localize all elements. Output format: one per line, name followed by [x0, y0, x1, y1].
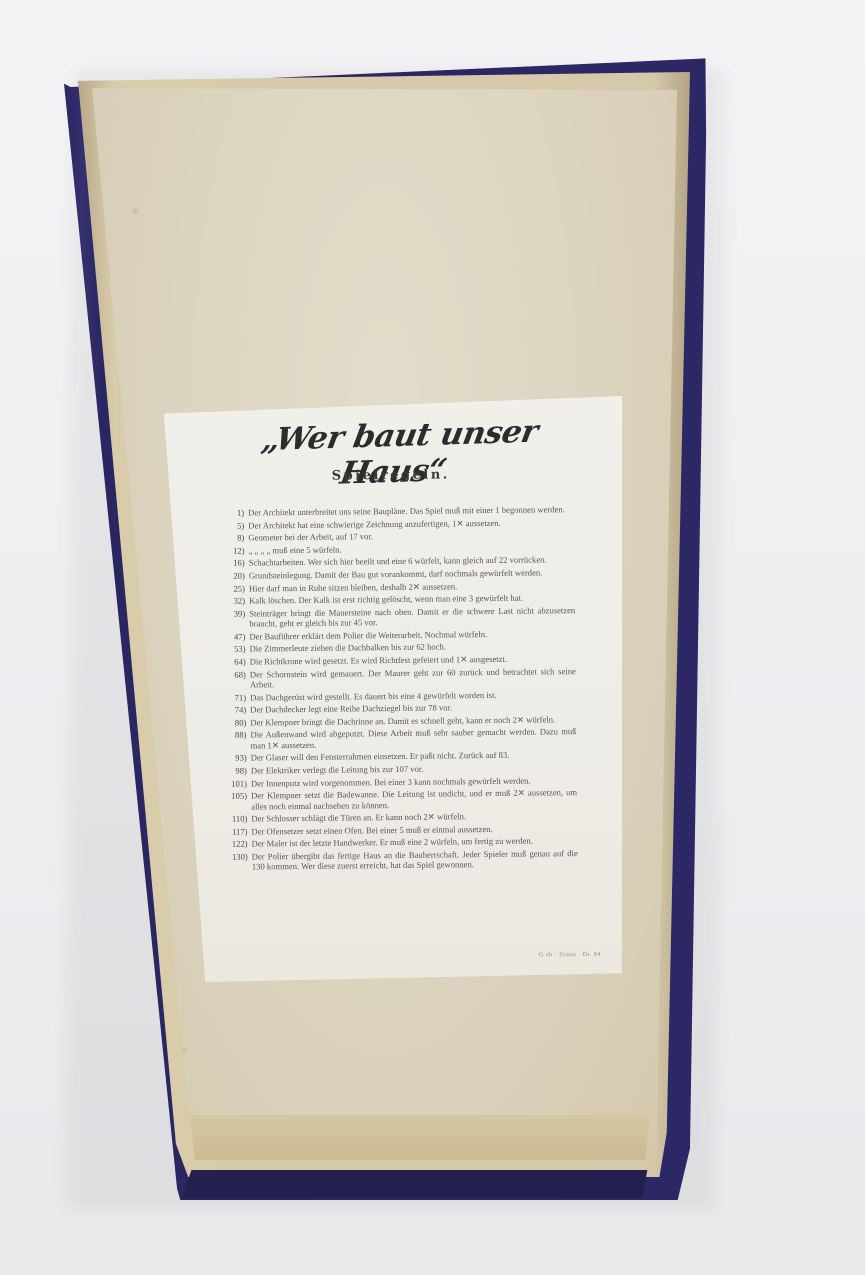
- rule-item: 20)Grundsteinlegung. Damit der Bau gut v…: [225, 567, 575, 581]
- rule-number: 20): [225, 570, 249, 581]
- rule-number: 88): [226, 730, 250, 751]
- rule-item: 80)Der Klempner bringt die Dachrinne an.…: [226, 714, 576, 728]
- rule-text: Der Klempner setzt die Badewanne. Die Le…: [251, 787, 577, 811]
- rule-number: 8): [224, 533, 248, 544]
- rule-number: 117): [227, 826, 251, 837]
- rule-item: 16)Schachtarbeiten. Wer sich hier beeilt…: [225, 554, 575, 568]
- rule-item: 101)Der Innenputz wird vorgenommen. Bei …: [227, 775, 577, 789]
- rule-item: 25)Hier darf man in Ruhe sitzen bleiben,…: [225, 580, 575, 594]
- rule-number: 110): [227, 814, 251, 825]
- rule-number: 98): [227, 765, 251, 776]
- rule-text: Der Architekt hat eine schwierige Zeichn…: [248, 517, 574, 531]
- rule-number: 16): [225, 558, 249, 569]
- rule-item: 88)Die Außenwand wird abgeputzt. Diese A…: [226, 726, 576, 750]
- rule-number: 12): [224, 545, 248, 556]
- rule-text: Geometer bei der Arbeit, auf 17 vor.: [248, 529, 574, 543]
- rule-item: 105)Der Klempner setzt die Badewanne. Di…: [227, 787, 577, 811]
- rule-text: Der Dachdecker legt eine Reihe Dachziege…: [250, 701, 576, 715]
- rule-number: 39): [225, 608, 249, 629]
- rule-number: 68): [226, 669, 250, 690]
- rule-text: Die Zimmerleute ziehen die Dachbalken bi…: [250, 640, 576, 654]
- rule-text: Der Bauführer erklärt dem Polier die Wei…: [249, 628, 575, 642]
- rule-number: 122): [228, 839, 252, 850]
- rule-number: 25): [225, 583, 249, 594]
- rule-text: Der Klempner bringt die Dachrinne an. Da…: [250, 714, 576, 728]
- rule-item: 93)Der Glaser will den Fensterrahmen ein…: [227, 749, 577, 763]
- rule-text: Hier darf man in Ruhe sitzen bleiben, de…: [249, 580, 575, 594]
- rule-text: Der Polier übergibt das fertige Haus an …: [252, 848, 578, 872]
- rule-text: Der Maler ist der letzte Handwerker. Er …: [252, 835, 578, 849]
- rule-item: 32)Kalk löschen. Der Kalk ist erst richt…: [225, 592, 575, 606]
- rule-item: 110)Der Schlosser schlägt die Türen an. …: [227, 810, 577, 824]
- rule-item: 5)Der Architekt hat eine schwierige Zeic…: [224, 517, 574, 531]
- box-inner-bottom-wall: [190, 1115, 650, 1160]
- rule-text: Grundsteinlegung. Damit der Bau gut vora…: [249, 567, 575, 581]
- rule-number: 130): [228, 851, 252, 872]
- rule-text: Kalk löschen. Der Kalk ist erst richtig …: [249, 592, 575, 606]
- rule-text: Die Richtkrone wird gesetzt. Es wird Ric…: [250, 653, 576, 667]
- rule-item: 117)Der Ofensetzer setzt einen Ofen. Bei…: [227, 823, 577, 837]
- rule-item: 53)Die Zimmerleute ziehen die Dachbalken…: [226, 640, 576, 654]
- rule-item: 1)Der Architekt unterbreitet uns seine B…: [224, 504, 574, 518]
- rule-item: 68)Der Schornstein wird gemauert. Der Ma…: [226, 666, 576, 690]
- rule-number: 93): [227, 753, 251, 764]
- rule-text: Das Dachgerüst wird gestellt. Es dauert …: [250, 689, 576, 703]
- rule-text: Die Außenwand wird abgeputzt. Diese Arbe…: [250, 726, 576, 750]
- rule-number: 53): [226, 644, 250, 655]
- rules-list: 1)Der Architekt unterbreitet uns seine B…: [224, 504, 578, 875]
- rule-number: 5): [224, 520, 248, 531]
- rule-text: Der Glaser will den Fensterrahmen einset…: [251, 749, 577, 763]
- rule-number: 71): [226, 692, 250, 703]
- rule-item: 122)Der Maler ist der letzte Handwerker.…: [228, 835, 578, 849]
- rule-number: 105): [227, 791, 251, 812]
- wear-spot: [132, 208, 138, 214]
- rule-number: 80): [226, 717, 250, 728]
- rule-number: 47): [225, 631, 249, 642]
- rule-item: 74)Der Dachdecker legt eine Reihe Dachzi…: [226, 701, 576, 715]
- rule-item: 8)Geometer bei der Arbeit, auf 17 vor.: [224, 529, 574, 543]
- rule-text: Der Ofensetzer setzt einen Ofen. Bei ein…: [251, 823, 577, 837]
- box-bottom-edge: [182, 1170, 652, 1198]
- rule-item: 12)„ „ „ „ muß eine 5 würfeln.: [224, 542, 574, 556]
- rule-item: 47)Der Bauführer erklärt dem Polier die …: [225, 628, 575, 642]
- rules-sheet: „Wer baut unser Haus“ Spielregeln. 1)Der…: [164, 396, 622, 982]
- rule-text: „ „ „ „ muß eine 5 würfeln.: [248, 542, 574, 556]
- rule-text: Schachtarbeiten. Wer sich hier beeilt un…: [249, 554, 575, 568]
- rule-number: 74): [226, 705, 250, 716]
- rule-text: Der Innenputz wird vorgenommen. Bei eine…: [251, 775, 577, 789]
- rule-number: 64): [226, 656, 250, 667]
- rule-number: 32): [225, 596, 249, 607]
- rule-item: 98)Der Elektriker verlegt die Leitung bi…: [227, 762, 577, 776]
- rule-text: Der Schornstein wird gemauert. Der Maure…: [250, 666, 576, 690]
- rule-item: 130)Der Polier übergibt das fertige Haus…: [228, 848, 578, 872]
- rule-text: Der Schlosser schlägt die Türen an. Er k…: [251, 810, 577, 824]
- rule-item: 64)Die Richtkrone wird gesetzt. Es wird …: [226, 653, 576, 667]
- rule-text: Der Architekt unterbreitet uns seine Bau…: [248, 504, 574, 518]
- rule-item: 39)Steinträger bringt die Mauersteine na…: [225, 605, 575, 629]
- rule-number: 1): [224, 508, 248, 519]
- rule-number: 101): [227, 778, 251, 789]
- rule-text: Der Elektriker verlegt die Leitung bis z…: [251, 762, 577, 776]
- rule-item: 71)Das Dachgerüst wird gestellt. Es daue…: [226, 689, 576, 703]
- rule-text: Steinträger bringt die Mauersteine nach …: [249, 605, 575, 629]
- printer-mark: G ob · Zonas · Dr. 84: [539, 952, 601, 959]
